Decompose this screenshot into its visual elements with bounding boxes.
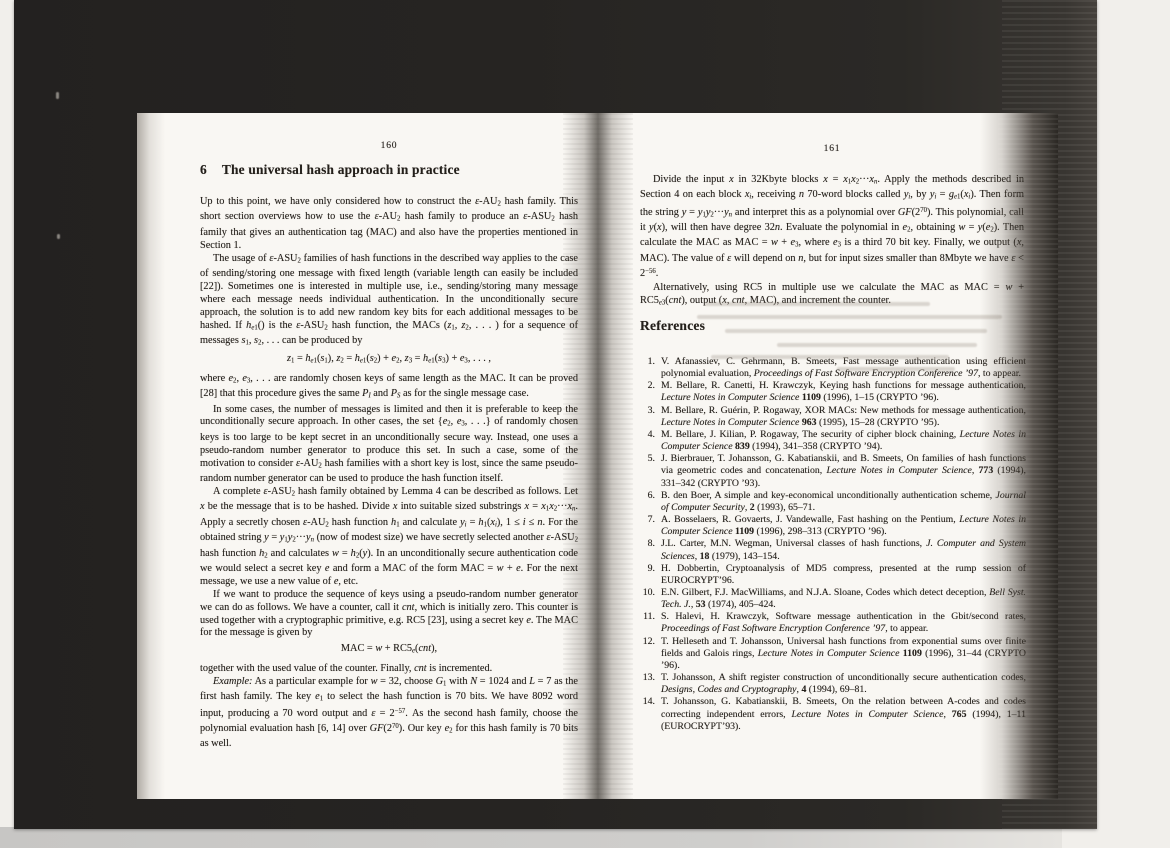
ink-bleed-artifact — [697, 315, 1002, 319]
reference-text: M. Bellare, R. Canetti, H. Krawczyk, Key… — [661, 380, 1026, 403]
reference-text: M. Bellare, J. Kilian, P. Rogaway, The s… — [661, 429, 1026, 452]
reference-number: 6. — [640, 490, 655, 502]
left-page-edge-shadow — [137, 113, 165, 799]
reference-text: T. Helleseth and T. Johansson, Universal… — [661, 636, 1026, 671]
reference-item: 1.V. Afanassiev, C. Gehrmann, B. Smeets,… — [640, 356, 1026, 380]
reference-text: B. den Boer, A simple and key-economical… — [661, 490, 1026, 513]
reference-number: 4. — [640, 429, 655, 441]
equation: z1 = he1(s1), z2 = he1(s2) + e2, z3 = he… — [200, 353, 578, 368]
page-number-right: 161 — [640, 143, 1024, 154]
page-number-left: 160 — [200, 140, 578, 151]
reference-text: E.N. Gilbert, F.J. MacWilliams, and N.J.… — [661, 587, 1026, 610]
paragraph: Example: As a particular example for w =… — [200, 676, 578, 752]
ink-bleed-artifact — [711, 355, 949, 359]
paragraph: Up to this point, we have only considere… — [200, 196, 578, 253]
ink-bleed-artifact — [777, 343, 977, 347]
paragraph: together with the used value of the coun… — [200, 663, 578, 676]
reference-number: 8. — [640, 538, 655, 550]
right-page-edge-texture — [998, 113, 1058, 799]
scanner-background-bottom — [0, 827, 1062, 848]
reference-number: 11. — [640, 611, 655, 623]
paragraph: where e2, e3, . . . are randomly chosen … — [200, 373, 578, 404]
reference-text: A. Bosselaers, R. Govaerts, J. Vandewall… — [661, 514, 1026, 537]
reference-item: 6.B. den Boer, A simple and key-economic… — [640, 490, 1026, 514]
reference-text: J. Bierbrauer, T. Johansson, G. Kabatian… — [661, 453, 1026, 488]
right-page-blocks: Divide the input x in 32Kbyte blocks x =… — [640, 174, 1024, 311]
reference-item: 7.A. Bosselaers, R. Govaerts, J. Vandewa… — [640, 514, 1026, 538]
section-title: The universal hash approach in practice — [222, 162, 460, 177]
section-number: 6 — [200, 162, 207, 177]
reference-number: 1. — [640, 356, 655, 368]
paragraph: In some cases, the number of messages is… — [200, 404, 578, 486]
reference-number: 14. — [640, 696, 655, 708]
reference-item: 4.M. Bellare, J. Kilian, P. Rogaway, The… — [640, 429, 1026, 453]
ink-bleed-artifact — [725, 329, 987, 333]
reference-item: 13.T. Johansson, A shift register constr… — [640, 672, 1026, 696]
reference-item: 12.T. Helleseth and T. Johansson, Univer… — [640, 636, 1026, 672]
reference-number: 3. — [640, 405, 655, 417]
reference-number: 13. — [640, 672, 655, 684]
reference-number: 5. — [640, 453, 655, 465]
reference-text: T. Johansson, G. Kabatianskii, B. Smeets… — [661, 696, 1026, 731]
paragraph: Divide the input x in 32Kbyte blocks x =… — [640, 174, 1024, 280]
reference-number: 7. — [640, 514, 655, 526]
reference-item: 8.J.L. Carter, M.N. Wegman, Universal cl… — [640, 538, 1026, 562]
paragraph: The usage of ε-ASU2 families of hash fun… — [200, 253, 578, 351]
equation: MAC = w + RC5e(cnt), — [200, 643, 578, 658]
references-list: 1.V. Afanassiev, C. Gehrmann, B. Smeets,… — [640, 356, 1026, 733]
reference-item: 9.H. Dobbertin, Cryptoanalysis of MD5 co… — [640, 563, 1026, 587]
scanned-book-spread: { "left_page": { "page_number": "160", "… — [0, 0, 1170, 848]
open-book-spread: 160 6The universal hash approach in prac… — [137, 113, 1058, 799]
reference-item: 2.M. Bellare, R. Canetti, H. Krawczyk, K… — [640, 380, 1026, 404]
reference-text: T. Johansson, A shift register construct… — [661, 672, 1026, 695]
section-heading: 6The universal hash approach in practice — [200, 162, 578, 178]
reference-item: 14.T. Johansson, G. Kabatianskii, B. Sme… — [640, 696, 1026, 732]
reference-item: 5.J. Bierbrauer, T. Johansson, G. Kabati… — [640, 453, 1026, 489]
paragraph: A complete ε-ASU2 hash family obtained b… — [200, 486, 578, 589]
reference-text: J.L. Carter, M.N. Wegman, Universal clas… — [661, 538, 1026, 561]
reference-number: 10. — [640, 587, 655, 599]
left-page-blocks: Up to this point, we have only considere… — [200, 196, 578, 751]
book-gutter-texture — [563, 113, 633, 799]
scan-speck — [57, 234, 60, 239]
ink-bleed-artifact — [837, 367, 955, 371]
paragraph: Alternatively, using RC5 in multiple use… — [640, 282, 1024, 310]
reference-item: 10.E.N. Gilbert, F.J. MacWilliams, and N… — [640, 587, 1026, 611]
reference-item: 3.M. Bellare, R. Guérin, P. Rogaway, XOR… — [640, 405, 1026, 429]
paragraph: If we want to produce the sequence of ke… — [200, 589, 578, 641]
reference-text: H. Dobbertin, Cryptoanalysis of MD5 comp… — [661, 563, 1026, 586]
reference-text: S. Halevi, H. Krawczyk, Software message… — [661, 611, 1026, 634]
scan-speck — [56, 92, 59, 99]
reference-number: 9. — [640, 563, 655, 575]
reference-text: M. Bellare, R. Guérin, P. Rogaway, XOR M… — [661, 405, 1026, 428]
reference-item: 11.S. Halevi, H. Krawczyk, Software mess… — [640, 611, 1026, 635]
reference-number: 2. — [640, 380, 655, 392]
reference-number: 12. — [640, 636, 655, 648]
ink-bleed-artifact — [705, 302, 930, 306]
